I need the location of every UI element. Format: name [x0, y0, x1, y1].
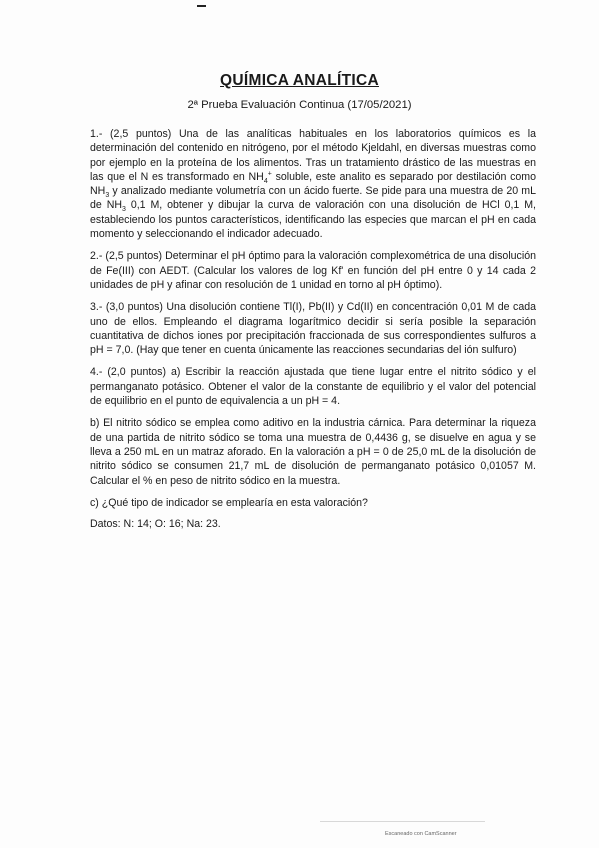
scanner-watermark: Escaneado con CamScanner — [385, 831, 457, 837]
question-3: 3.- (3,0 puntos) Una disolución contiene… — [90, 300, 536, 357]
page-title: QUÍMICA ANALÍTICA — [0, 72, 599, 90]
footer-divider — [320, 821, 485, 822]
scan-mark — [197, 5, 206, 7]
data-line: Datos: N: 14; O: 16; Na: 23. — [90, 517, 536, 531]
question-4b: b) El nitrito sódico se emplea como adit… — [90, 416, 536, 487]
question-4a: 4.- (2,0 puntos) a) Escribir la reacción… — [90, 365, 536, 408]
exam-body: 1.- (2,5 puntos) Una de las analíticas h… — [90, 127, 536, 539]
question-2: 2.- (2,5 puntos) Determinar el pH óptimo… — [90, 249, 536, 292]
page-subtitle: 2ª Prueba Evaluación Continua (17/05/202… — [0, 99, 599, 111]
question-4c: c) ¿Qué tipo de indicador se emplearía e… — [90, 496, 536, 510]
question-1: 1.- (2,5 puntos) Una de las analíticas h… — [90, 127, 536, 241]
